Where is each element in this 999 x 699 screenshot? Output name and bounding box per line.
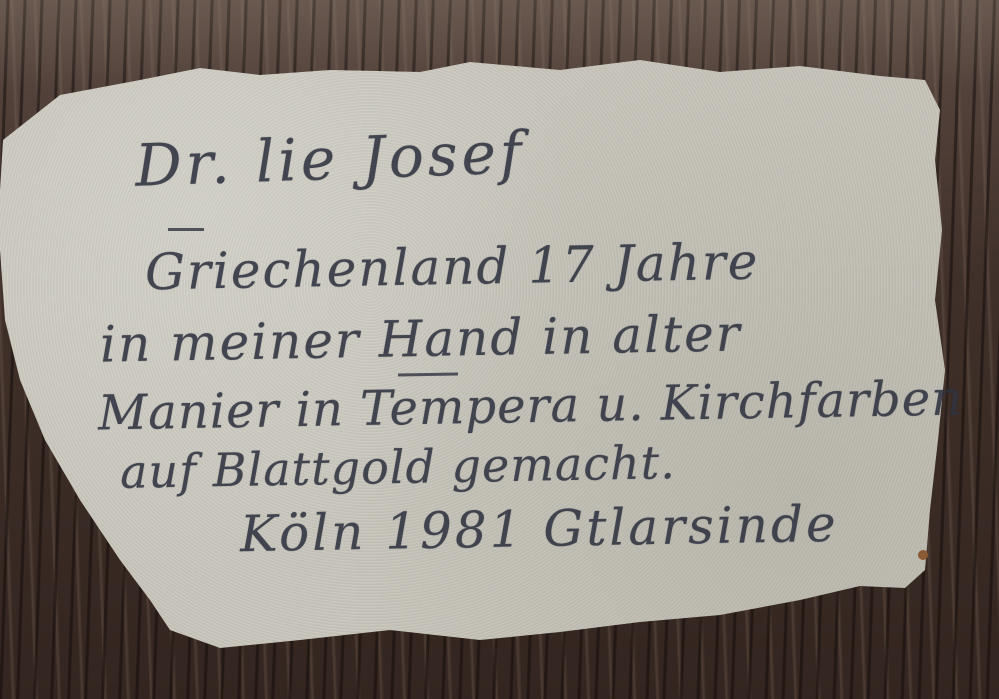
note-line-1: Dr. lie Josef	[134, 118, 526, 200]
note-line-2: Griechenland 17 Jahre	[145, 233, 760, 302]
note-line-3: in meiner Hand in alter	[100, 304, 743, 373]
note-line-5: auf Blattgold gemacht.	[120, 435, 677, 499]
pen-dash-mark	[168, 228, 204, 231]
rust-spot	[918, 550, 928, 560]
note-signature-line: Köln 1981 Gtlarsinde	[240, 495, 839, 563]
